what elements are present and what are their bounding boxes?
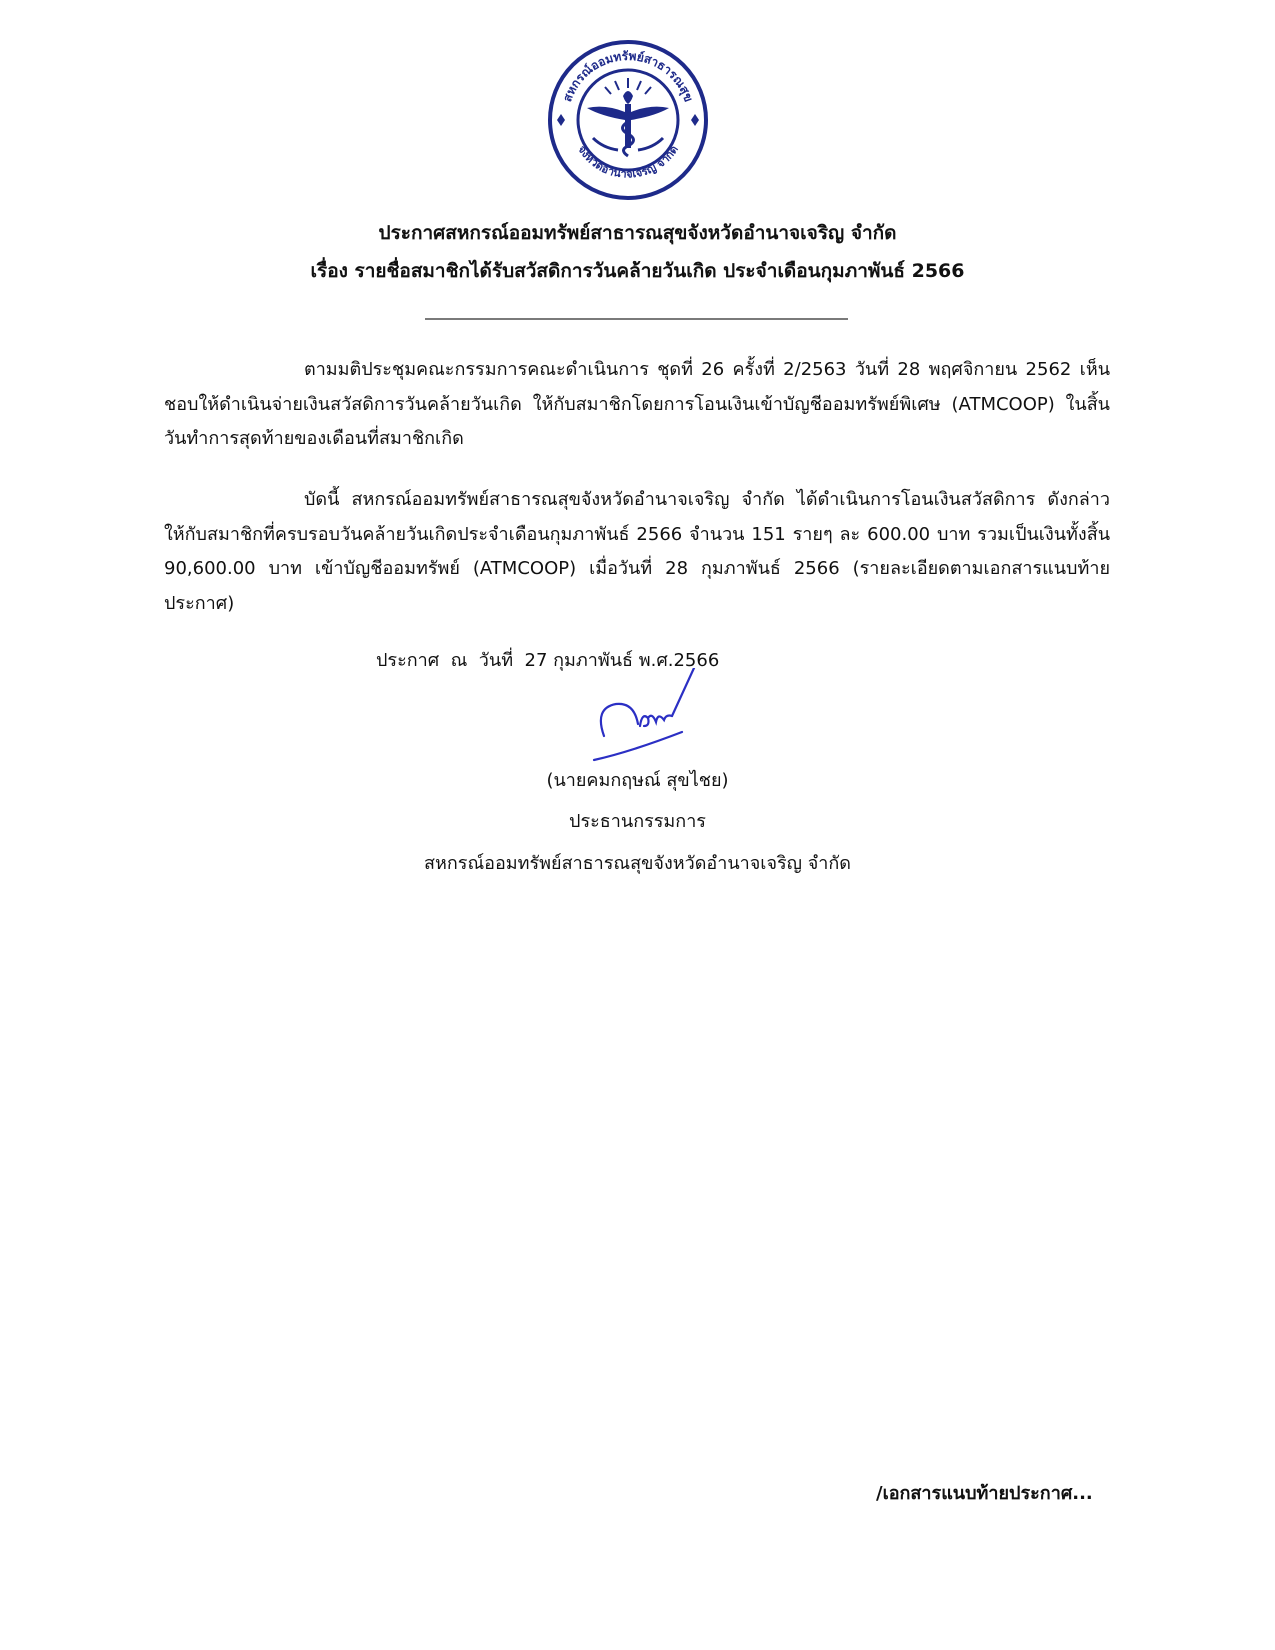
- body-paragraph-1-text: ตามมติประชุมคณะกรรมการคณะดำเนินการ ชุดที…: [164, 359, 1110, 449]
- body-paragraph-2-text: บัดนี้ สหกรณ์ออมทรัพย์สาธารณสุขจังหวัดอำ…: [164, 489, 1110, 614]
- body-paragraph-2: บัดนี้ สหกรณ์ออมทรัพย์สาธารณสุขจังหวัดอำ…: [164, 483, 1110, 621]
- title-divider: [425, 318, 848, 320]
- announcement-subject: เรื่อง รายชื่อสมาชิกได้รับสวัสดิการวันคล…: [0, 256, 1275, 286]
- signer-organization: สหกรณ์ออมทรัพย์สาธารณสุขจังหวัดอำนาจเจริ…: [70, 848, 1205, 877]
- body-paragraph-1: ตามมติประชุมคณะกรรมการคณะดำเนินการ ชุดที…: [164, 353, 1110, 457]
- attachment-continuation-note: /เอกสารแนบท้ายประกาศ...: [876, 1478, 1093, 1507]
- cooperative-seal-logo-icon: สหกรณ์ออมทรัพย์สาธารณสุข จังหวัดอำนาจเจร…: [543, 38, 713, 203]
- announcement-title: ประกาศสหกรณ์ออมทรัพย์สาธารณสุขจังหวัดอำน…: [0, 218, 1275, 248]
- signer-position: ประธานกรรมการ: [70, 806, 1205, 835]
- signer-name: (นายคมกฤษณ์ สุขไชย): [70, 765, 1205, 794]
- signature-icon: [590, 668, 700, 768]
